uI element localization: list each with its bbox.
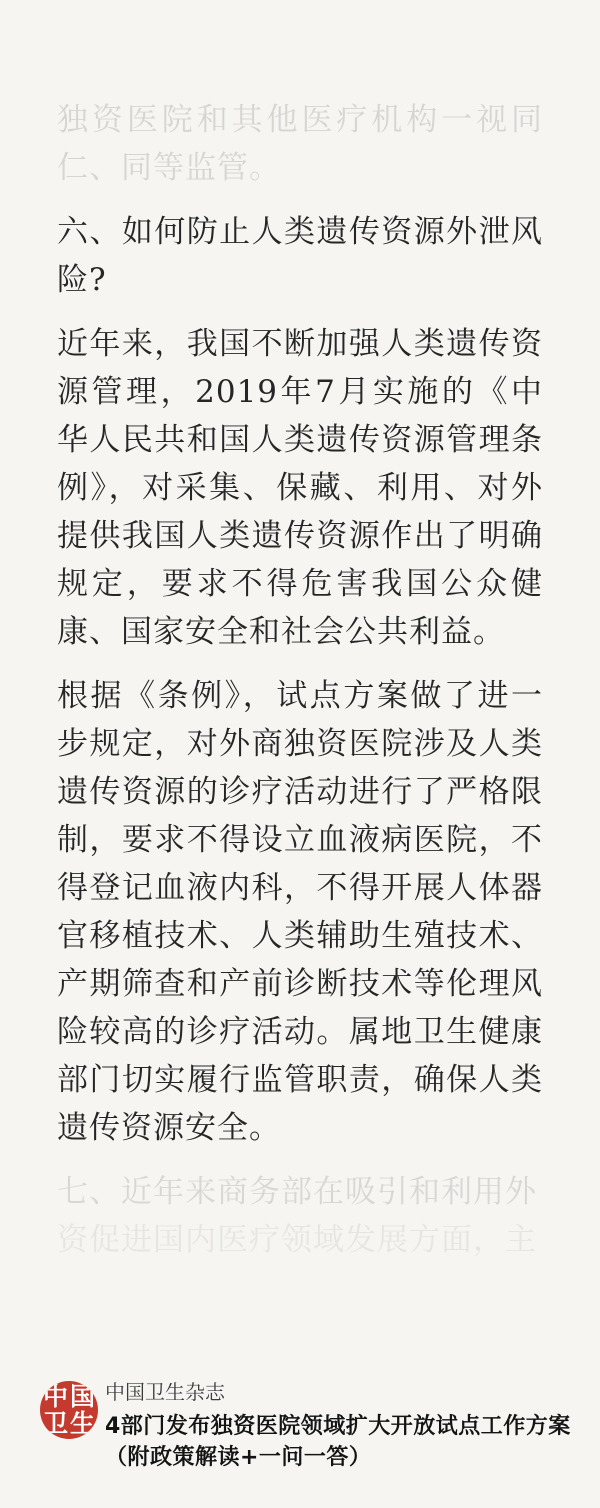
paragraph-pilot-restrictions: 根据《条例》，试点方案做了进一步规定，对外商独资医院涉及人类遗传资源的诊疗活动进… [57, 672, 543, 1152]
ghost-next-question-line1: 七、近年来商务部在吸引和利用外 [57, 1168, 543, 1216]
article-body: 独资医院和其他医疗机构一视同仁、同等监管。 六、如何防止人类遗传资源外泄风险? … [0, 0, 600, 1264]
article-title-link[interactable]: 4部门发布独资医院领域扩大开放试点工作方案（附政策解读+一问一答） [105, 1411, 577, 1473]
question-heading: 六、如何防止人类遗传资源外泄风险? [57, 208, 543, 304]
logo-text-bottom: 卫生 [41, 1410, 97, 1437]
magazine-logo-icon: 中国 卫生 [40, 1381, 98, 1439]
paragraph-genetic-resources-regulation: 近年来，我国不断加强人类遗传资源管理，2019年7月实施的《中华人民共和国人类遗… [57, 320, 543, 656]
source-name: 中国卫生杂志 [105, 1379, 577, 1405]
footer-source-card[interactable]: 中国 卫生 中国卫生杂志 4部门发布独资医院领域扩大开放试点工作方案（附政策解读… [40, 1379, 580, 1473]
ghost-previous-paragraph: 独资医院和其他医疗机构一视同仁、同等监管。 [57, 96, 543, 192]
ghost-next-question: 七、近年来商务部在吸引和利用外 资促进国内医疗领域发展方面，主 [57, 1168, 543, 1264]
footer-text-block: 中国卫生杂志 4部门发布独资医院领域扩大开放试点工作方案（附政策解读+一问一答） [105, 1379, 577, 1473]
ghost-next-question-line2: 资促进国内医疗领域发展方面，主 [57, 1216, 543, 1264]
logo-text-top: 中国 [41, 1383, 97, 1410]
